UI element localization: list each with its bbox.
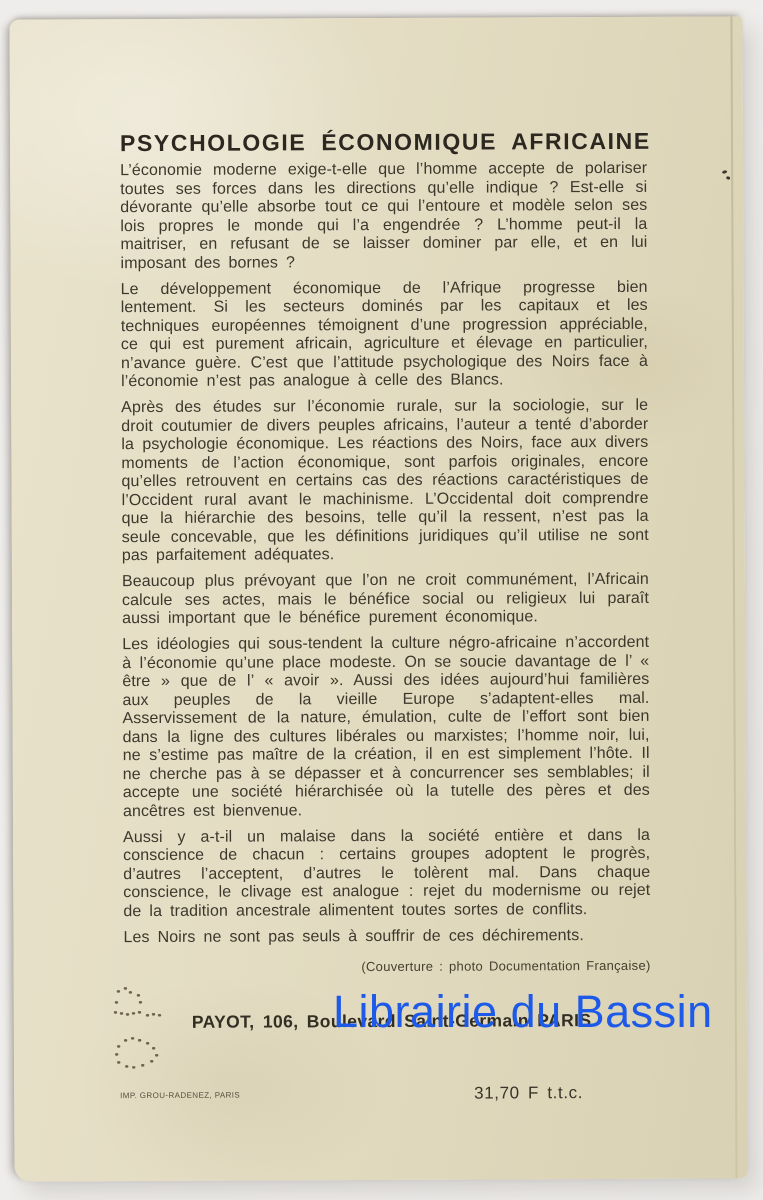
blurb-paragraph: L’économie moderne exige-t-elle que l’ho… bbox=[120, 160, 647, 273]
blurb-paragraph: Beaucoup plus prévoyant que l’on ne croi… bbox=[122, 571, 649, 629]
blurb-paragraph: Après des études sur l’économie rurale, … bbox=[121, 397, 649, 566]
book-back-cover-photo: PSYCHOLOGIE ÉCONOMIQUE AFRICAINE L’écono… bbox=[0, 0, 763, 1200]
cover-photo-credit: (Couverture : photo Documentation França… bbox=[124, 958, 651, 975]
blurb-paragraph: Les idéologies qui sous-tendent la cultu… bbox=[122, 634, 650, 821]
price-label: 31,70 F t.t.c. bbox=[474, 1083, 583, 1103]
book-title: PSYCHOLOGIE ÉCONOMIQUE AFRICAINE bbox=[120, 128, 647, 157]
book-cover: PSYCHOLOGIE ÉCONOMIQUE AFRICAINE L’écono… bbox=[9, 16, 747, 1181]
blurb-paragraph: Le développement économique de l’Afrique… bbox=[121, 278, 648, 391]
blurb-paragraph: Aussi y a-t-il un malaise dans la sociét… bbox=[123, 826, 650, 921]
paper-speck bbox=[726, 176, 731, 180]
paper-speck bbox=[722, 170, 728, 174]
publisher-dots-logo bbox=[100, 979, 180, 1074]
blurb-text: L’économie moderne exige-t-elle que l’ho… bbox=[120, 160, 650, 955]
blurb-paragraph: Les Noirs ne sont pas seuls à souffrir d… bbox=[123, 926, 650, 947]
printer-imprint: IMP. GROU-RADENEZ, PARIS bbox=[120, 1091, 240, 1101]
publisher-address: PAYOT, 106, Boulevard Saint-Germain PARI… bbox=[192, 1010, 592, 1033]
